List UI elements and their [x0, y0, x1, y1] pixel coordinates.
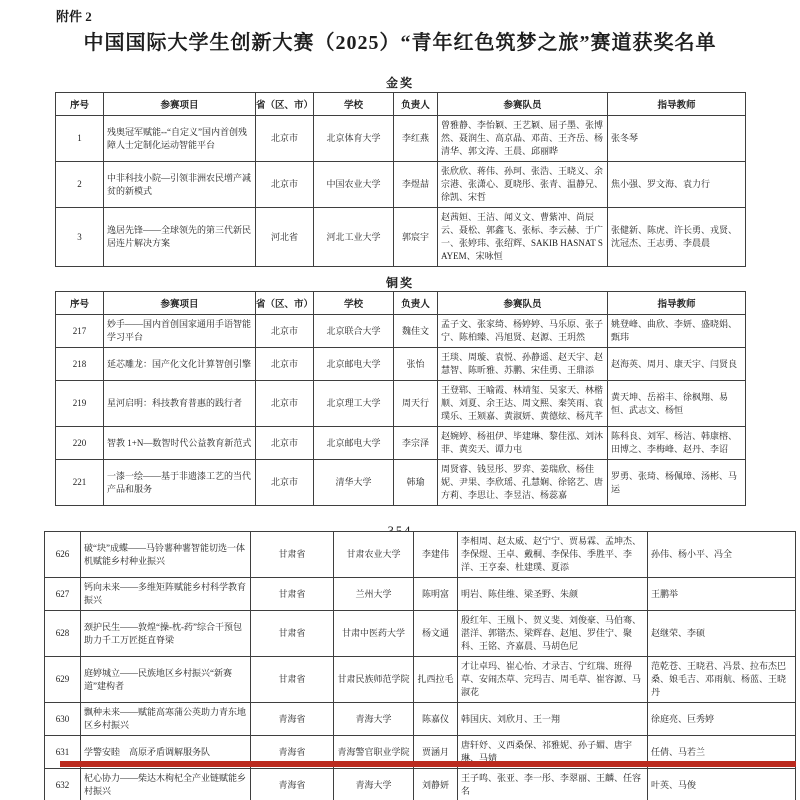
cell-leader: 李红燕: [394, 116, 438, 162]
cell-teachers: 焦小强、罗文海、袁力行: [608, 162, 746, 208]
cell-members: 赵茜姮、王洁、闻义文、曹紫冲、尚辰云、聂松、郭鑫飞、张标、李云赫、于广一、张婷玮…: [438, 208, 608, 267]
table-header-row: 序号参赛项目省（区、市）学校负责人参赛队员指导教师: [56, 93, 746, 116]
cell-members: 曾雅静、李怡颖、王艺颖、屈子墨、张博然、聂润生、高京晶、邓苗、王齐岳、杨清华、郭…: [438, 116, 608, 162]
bronze-section-title: 铜奖: [0, 274, 800, 291]
cell-leader: 李煜喆: [394, 162, 438, 208]
cell-members: 明岩、陈佳维、梁圣野、朱颜: [458, 578, 648, 611]
cell-teachers: 孙伟、杨小平、冯全: [648, 532, 796, 578]
cell-project: 钙向未来——多维矩阵赋能乡村科学教育振兴: [81, 578, 251, 611]
bronze-awards-table: 序号参赛项目省（区、市）学校负责人参赛队员指导教师 217妙手——国内首创国家通…: [55, 291, 746, 506]
column-header: 省（区、市）: [256, 292, 314, 315]
cell-leader: 陈明富: [414, 578, 458, 611]
cell-project: 妙手——国内首创国家通用手语智能学习平台: [104, 315, 256, 348]
cell-index: 632: [45, 769, 81, 800]
cell-province: 甘肃省: [251, 611, 334, 657]
cell-province: 北京市: [256, 427, 314, 460]
cell-province: 甘肃省: [251, 657, 334, 703]
cell-project: 庭婷城立——民族地区乡村振兴“新赛道”建构者: [81, 657, 251, 703]
cell-teachers: 赵海英、周月、康天宇、闫贤良: [608, 348, 746, 381]
cell-school: 甘肃民族师范学院: [334, 657, 414, 703]
column-header: 学校: [314, 93, 394, 116]
cell-province: 甘肃省: [251, 578, 334, 611]
cell-teachers: 范乾苍、王晓君、冯景、拉布杰巴桑、娘毛吉、邓雨航、杨蓝、王晓丹: [648, 657, 796, 703]
cell-teachers: 黄天坤、岳裕丰、徐枫翔、易恒、武志文、杨恒: [608, 381, 746, 427]
cell-teachers: 张冬琴: [608, 116, 746, 162]
column-header: 负责人: [394, 292, 438, 315]
cell-index: 219: [56, 381, 104, 427]
cell-teachers: 张健新、陈虎、许长勇、戎贤、沈冠杰、王志勇、李晨晨: [608, 208, 746, 267]
cell-leader: 刘静妍: [414, 769, 458, 800]
cell-index: 218: [56, 348, 104, 381]
cell-teachers: 姚登峰、曲欣、李妍、盛晓娟、甄玮: [608, 315, 746, 348]
cell-project: 延芯雕龙：国产化文化计算智创引擎: [104, 348, 256, 381]
cell-teachers: 徐庭亮、巨秀婷: [648, 703, 796, 736]
cell-leader: 张怡: [394, 348, 438, 381]
cell-leader: 李建伟: [414, 532, 458, 578]
cell-project: 飘种未来——赋能高寒蒲公英助力青东地区乡村振兴: [81, 703, 251, 736]
gold-table-body: 1残奥冠军赋能--“自定义”国内首创残障人士定制化运动智能平台北京市北京体育大学…: [56, 116, 746, 267]
cell-members: 殷红年、王凰卜、贺义斐、刘俊豪、马伯骞、湛洋、郭锴杰、梁辉春、赵旭、罗佳宁、聚科…: [458, 611, 648, 657]
column-header: 负责人: [394, 93, 438, 116]
cell-school: 兰州大学: [334, 578, 414, 611]
cell-project: 颈护民生——敦煌“操-枕-药”综合干预包助力千工万匠挺直脊梁: [81, 611, 251, 657]
cell-province: 北京市: [256, 460, 314, 506]
cell-members: 周贤睿、钱昱彤、罗弈、姜瑞欣、杨佳妮、尹果、李欣瑶、孔慧娴、徐铭艺、唐方莉、李思…: [438, 460, 608, 506]
cell-school: 中国农业大学: [314, 162, 394, 208]
cell-index: 628: [45, 611, 81, 657]
cell-members: 才让卓玛、崔心怡、才录吉、宁红瑞、班得草、安闹杰草、完玛吉、周毛草、崔容源、马淑…: [458, 657, 648, 703]
cell-project: 杞心协力——柴达木枸杞全产业链赋能乡村振兴: [81, 769, 251, 800]
cell-index: 221: [56, 460, 104, 506]
continued-table-body: 626破“块”成蝶——马铃薯种薯智能切选一体机赋能乡村种业振兴甘肃省甘肃农业大学…: [45, 532, 796, 800]
column-header: 参赛项目: [104, 292, 256, 315]
column-header: 省（区、市）: [256, 93, 314, 116]
cell-index: 629: [45, 657, 81, 703]
cell-members: 王子鸣、张亚、李一彤、李翠丽、王麟、任容名: [458, 769, 648, 800]
cell-teachers: 罗勇、张琦、杨佩璋、汤彬、马运: [608, 460, 746, 506]
table-row: 628颈护民生——敦煌“操-枕-药”综合干预包助力千工万匠挺直脊梁甘肃省甘肃中医…: [45, 611, 796, 657]
table-row: 632杞心协力——柴达木枸杞全产业链赋能乡村振兴青海省青海大学刘静妍王子鸣、张亚…: [45, 769, 796, 800]
column-header: 参赛队员: [438, 292, 608, 315]
cell-school: 北京联合大学: [314, 315, 394, 348]
table-row: 220智教 1+N—数智时代公益教育新范式北京市北京邮电大学李宗泽赵婉婷、杨祖伊…: [56, 427, 746, 460]
table-header-row: 序号参赛项目省（区、市）学校负责人参赛队员指导教师: [56, 292, 746, 315]
document-page: 附件 2 中国国际大学生创新大赛（2025）“青年红色筑梦之旅”赛道获奖名单 金…: [0, 0, 800, 800]
gold-awards-table: 序号参赛项目省（区、市）学校负责人参赛队员指导教师 1残奥冠军赋能--“自定义”…: [55, 92, 746, 267]
cell-index: 2: [56, 162, 104, 208]
continued-awards-table: 626破“块”成蝶——马铃薯种薯智能切选一体机赋能乡村种业振兴甘肃省甘肃农业大学…: [44, 531, 796, 800]
cell-leader: 韩瑜: [394, 460, 438, 506]
column-header: 参赛项目: [104, 93, 256, 116]
cell-members: 孟子文、张家绮、杨婷婷、马乐原、张子宁、陈柏臻、冯旭贤、赵源、王玥然: [438, 315, 608, 348]
cell-leader: 郭宸宇: [394, 208, 438, 267]
document-title: 中国国际大学生创新大赛（2025）“青年红色筑梦之旅”赛道获奖名单: [0, 26, 800, 55]
column-header: 序号: [56, 292, 104, 315]
cell-leader: 周天行: [394, 381, 438, 427]
cell-index: 626: [45, 532, 81, 578]
table-row: 629庭婷城立——民族地区乡村振兴“新赛道”建构者甘肃省甘肃民族师范学院扎西拉毛…: [45, 657, 796, 703]
cell-school: 北京邮电大学: [314, 348, 394, 381]
cell-province: 甘肃省: [251, 532, 334, 578]
cell-province: 北京市: [256, 116, 314, 162]
cell-leader: 扎西拉毛: [414, 657, 458, 703]
cell-members: 韩国庆、刘欣月、王一翔: [458, 703, 648, 736]
cell-teachers: 赵继荣、李硕: [648, 611, 796, 657]
table-row: 2中非科技小院—引领非洲农民增产减贫的新模式北京市中国农业大学李煜喆张欣欣、蒋伟…: [56, 162, 746, 208]
cell-project: 智教 1+N—数智时代公益教育新范式: [104, 427, 256, 460]
table-row: 217妙手——国内首创国家通用手语智能学习平台北京市北京联合大学魏佳文孟子文、张…: [56, 315, 746, 348]
cell-index: 630: [45, 703, 81, 736]
table-row: 3逸居先锋——全球领先的第三代新民居连片解决方案河北省河北工业大学郭宸宇赵茜姮、…: [56, 208, 746, 267]
cell-province: 北京市: [256, 315, 314, 348]
cell-members: 赵婉婷、杨祖伊、毕建琳、黎佳泓、刘沐菲、黄奕天、谭力屯: [438, 427, 608, 460]
cell-leader: 李宗泽: [394, 427, 438, 460]
cell-teachers: 叶英、马俊: [648, 769, 796, 800]
cell-teachers: 陈科良、刘军、杨洁、韩康榕、田博之、李梅峰、赵丹、李诏: [608, 427, 746, 460]
cell-school: 甘肃中医药大学: [334, 611, 414, 657]
cell-school: 北京理工大学: [314, 381, 394, 427]
cell-index: 1: [56, 116, 104, 162]
table-row: 627钙向未来——多维矩阵赋能乡村科学教育振兴甘肃省兰州大学陈明富明岩、陈佳维、…: [45, 578, 796, 611]
cell-school: 青海大学: [334, 703, 414, 736]
cell-index: 3: [56, 208, 104, 267]
table-row: 221一漆一绘——基于非遗漆工艺的当代产品和服务北京市清华大学韩瑜周贤睿、钱昱彤…: [56, 460, 746, 506]
table-row: 626破“块”成蝶——马铃薯种薯智能切选一体机赋能乡村种业振兴甘肃省甘肃农业大学…: [45, 532, 796, 578]
gold-section-title: 金奖: [0, 74, 800, 91]
cell-leader: 魏佳文: [394, 315, 438, 348]
column-header: 学校: [314, 292, 394, 315]
column-header: 序号: [56, 93, 104, 116]
attachment-label: 附件 2: [56, 6, 92, 25]
column-header: 指导教师: [608, 93, 746, 116]
cell-project: 残奥冠军赋能--“自定义”国内首创残障人士定制化运动智能平台: [104, 116, 256, 162]
cell-school: 北京体育大学: [314, 116, 394, 162]
cell-school: 河北工业大学: [314, 208, 394, 267]
cell-province: 北京市: [256, 381, 314, 427]
cell-members: 张欣欣、蒋伟、孙珂、张浩、王晓义、余宗港、张潇心、夏晓彤、张青、温静兄、徐凯、宋…: [438, 162, 608, 208]
cell-project: 一漆一绘——基于非遗漆工艺的当代产品和服务: [104, 460, 256, 506]
table-row: 219星河启明：科技教育普惠的践行者北京市北京理工大学周天行王登郓、王喻霞、林靖…: [56, 381, 746, 427]
cell-leader: 陈嘉仪: [414, 703, 458, 736]
cell-province: 北京市: [256, 348, 314, 381]
table-row: 630飘种未来——赋能高寒蒲公英助力青东地区乡村振兴青海省青海大学陈嘉仪韩国庆、…: [45, 703, 796, 736]
highlight-underline: [60, 761, 796, 767]
cell-project: 星河启明：科技教育普惠的践行者: [104, 381, 256, 427]
cell-teachers: 王鹏举: [648, 578, 796, 611]
cell-members: 王琰、周璇、袁悦、孙静遥、赵天宇、赵慧智、陈昕雅、苏鹏、宋佳勇、王鼎添: [438, 348, 608, 381]
cell-members: 王登郓、王喻霞、林靖玺、吴家天、林楷顺、刘夏、余王达、周文熙、秦笑雨、袁璞乐、王…: [438, 381, 608, 427]
column-header: 指导教师: [608, 292, 746, 315]
cell-project: 破“块”成蝶——马铃薯种薯智能切选一体机赋能乡村种业振兴: [81, 532, 251, 578]
cell-school: 清华大学: [314, 460, 394, 506]
bronze-table-body: 217妙手——国内首创国家通用手语智能学习平台北京市北京联合大学魏佳文孟子文、张…: [56, 315, 746, 506]
cell-province: 青海省: [251, 703, 334, 736]
cell-index: 627: [45, 578, 81, 611]
cell-project: 逸居先锋——全球领先的第三代新民居连片解决方案: [104, 208, 256, 267]
cell-province: 河北省: [256, 208, 314, 267]
cell-province: 北京市: [256, 162, 314, 208]
cell-province: 青海省: [251, 769, 334, 800]
cell-leader: 杨文通: [414, 611, 458, 657]
cell-school: 青海大学: [334, 769, 414, 800]
cell-index: 217: [56, 315, 104, 348]
cell-school: 甘肃农业大学: [334, 532, 414, 578]
table-row: 218延芯雕龙：国产化文化计算智创引擎北京市北京邮电大学张怡王琰、周璇、袁悦、孙…: [56, 348, 746, 381]
cell-project: 中非科技小院—引领非洲农民增产减贫的新模式: [104, 162, 256, 208]
cell-school: 北京邮电大学: [314, 427, 394, 460]
table-row: 1残奥冠军赋能--“自定义”国内首创残障人士定制化运动智能平台北京市北京体育大学…: [56, 116, 746, 162]
cell-members: 李相周、赵太威、赵宁宁、贾易霖、孟坤杰、李保煜、王卓、戴桐、李保伟、季胜平、李洋…: [458, 532, 648, 578]
cell-index: 220: [56, 427, 104, 460]
column-header: 参赛队员: [438, 93, 608, 116]
